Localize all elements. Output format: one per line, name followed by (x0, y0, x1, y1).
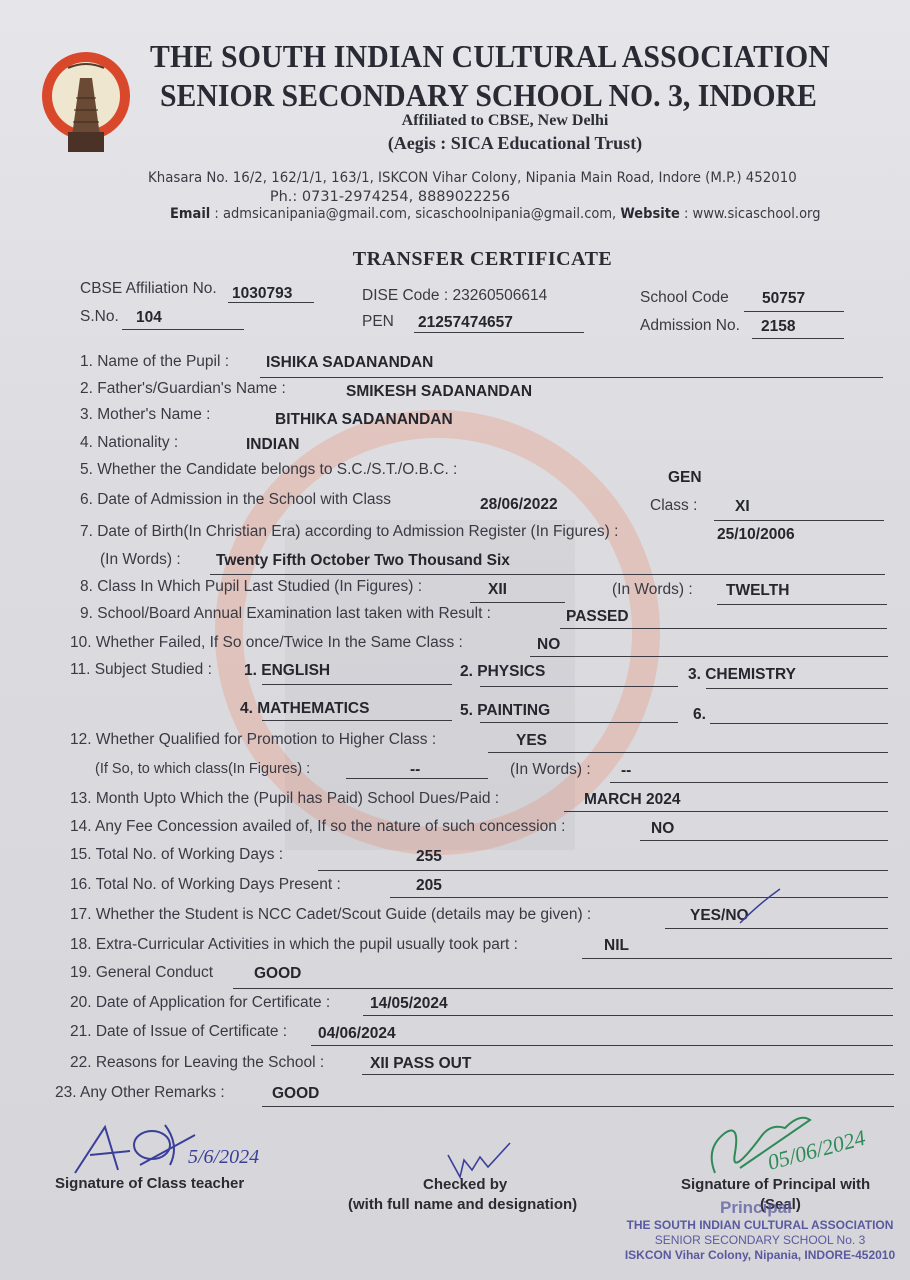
field-working-days-value: 255 (416, 848, 442, 866)
school-code-label: School Code (640, 289, 729, 307)
school-code-value: 50757 (762, 290, 805, 308)
admission-no-value: 2158 (761, 318, 795, 336)
field-conduct-value: GOOD (254, 965, 301, 983)
field-days-present-label: 16. Total No. of Working Days Present : (70, 876, 341, 894)
subject-6: 6. (693, 706, 706, 724)
school-name-line1: THE SOUTH INDIAN CULTURAL ASSOCIATION (150, 38, 830, 75)
field-dob-words-value: Twenty Fifth October Two Thousand Six (216, 552, 510, 570)
field-failed-label: 10. Whether Failed, If So once/Twice In … (70, 634, 463, 652)
dise-code: DISE Code : 23260506614 (362, 287, 547, 305)
stamp-line1: THE SOUTH INDIAN CULTURAL ASSOCIATION (610, 1218, 910, 1232)
class-teacher-signature-label: Signature of Class teacher (55, 1175, 244, 1192)
school-contact: Email : admsicanipania@gmail.com, sicasc… (170, 206, 820, 222)
svg-text:5/6/2024: 5/6/2024 (188, 1146, 259, 1168)
field-issue-date-label: 21. Date of Issue of Certificate : (70, 1023, 287, 1041)
principal-signature: 05/06/2024 (700, 1098, 900, 1183)
stamp-line2: SENIOR SECONDARY SCHOOL No. 3 (610, 1233, 910, 1247)
aegis-text: (Aegis : SICA Educational Trust) (0, 133, 910, 154)
principal-signature-label: Signature of Principal with (681, 1176, 870, 1193)
subject-1: 1. ENGLISH (244, 662, 330, 680)
field-promotion-value: YES (516, 732, 547, 750)
field-fee-concession-label: 14. Any Fee Concession availed of, If so… (70, 818, 565, 836)
cbse-affiliation-label: CBSE Affiliation No. (80, 280, 217, 298)
field-admission-date-label: 6. Date of Admission in the School with … (80, 491, 391, 509)
field-last-class-value: XII (488, 581, 507, 599)
website-label: Website (620, 206, 679, 222)
subject-4: 4. MATHEMATICS (240, 700, 369, 718)
field-exam-result-value: PASSED (566, 608, 629, 626)
field-promotion-words-value: -- (621, 762, 631, 780)
field-promotion-class-label: (If So, to which class(In Figures) : (95, 761, 310, 777)
field-mother-name-value: BITHIKA SADANANDAN (275, 411, 453, 429)
website-value: : www.sicaschool.org (684, 206, 821, 222)
admission-no-label: Admission No. (640, 317, 740, 335)
field-nationality-label: 4. Nationality : (80, 434, 178, 452)
field-extracurricular-label: 18. Extra-Curricular Activities in which… (70, 936, 518, 954)
field-mother-name-label: 3. Mother's Name : (80, 406, 210, 424)
field-last-class-words-label: (In Words) : (612, 581, 693, 599)
document-title: TRANSFER CERTIFICATE (0, 248, 910, 271)
school-phone: Ph.: 0731-2974254, 8889022256 (0, 189, 780, 205)
checker-signature (440, 1135, 520, 1180)
class-teacher-signature: 5/6/2024 (70, 1115, 280, 1180)
field-admission-class-value: XI (735, 498, 750, 516)
field-subjects-label: 11. Subject Studied : (70, 661, 212, 679)
checked-by-label: Checked by (423, 1176, 507, 1193)
field-failed-value: NO (537, 636, 560, 654)
field-promotion-class-value: -- (410, 761, 420, 779)
field-dob-label: 7. Date of Birth(In Christian Era) accor… (80, 523, 618, 541)
field-issue-date-value: 04/06/2024 (318, 1025, 396, 1043)
field-application-date-label: 20. Date of Application for Certificate … (70, 994, 330, 1012)
email-value: : admsicanipania@gmail.com, sicaschoolni… (214, 206, 616, 222)
field-exam-result-label: 9. School/Board Annual Examination last … (80, 605, 491, 623)
subject-3: 3. CHEMISTRY (688, 666, 796, 684)
field-dues-value: MARCH 2024 (584, 791, 680, 809)
field-category-value: GEN (668, 469, 702, 487)
field-last-class-label: 8. Class In Which Pupil Last Studied (In… (80, 578, 422, 596)
field-pupil-name-value: ISHIKA SADANANDAN (266, 354, 433, 372)
subject-2: 2. PHYSICS (460, 663, 545, 681)
field-admission-date-value: 28/06/2022 (480, 496, 558, 514)
field-father-name-value: SMIKESH SADANANDAN (346, 383, 532, 401)
stamp-title: Principal (720, 1198, 792, 1218)
field-conduct-label: 19. General Conduct (70, 964, 213, 982)
field-dob-words-label: (In Words) : (100, 551, 181, 569)
field-promotion-words-label: (In Words) : (510, 761, 591, 779)
serial-no-value: 104 (136, 309, 162, 327)
serial-no-label: S.No. (80, 308, 119, 326)
affiliation-text: Affiliated to CBSE, New Delhi (0, 112, 910, 130)
school-name-line2: SENIOR SECONDARY SCHOOL NO. 3, INDORE (160, 77, 817, 114)
pen-label: PEN (362, 313, 394, 331)
field-last-class-words-value: TWELTH (726, 582, 789, 600)
field-dues-label: 13. Month Upto Which the (Pupil has Paid… (70, 790, 499, 808)
field-leaving-reason-value: XII PASS OUT (370, 1055, 471, 1073)
field-admission-class-label: Class : (650, 497, 697, 515)
school-address: Khasara No. 16/2, 162/1/1, 163/1, ISKCON… (148, 170, 797, 186)
checked-by-sublabel: (with full name and designation) (348, 1196, 577, 1213)
field-ncc-label: 17. Whether the Student is NCC Cadet/Sco… (70, 906, 591, 924)
field-fee-concession-value: NO (651, 820, 674, 838)
strike-mark-icon (735, 885, 785, 925)
pen-value: 21257474657 (418, 314, 513, 332)
field-application-date-value: 14/05/2024 (370, 995, 448, 1013)
field-nationality-value: INDIAN (246, 436, 299, 454)
stamp-line3: ISKCON Vihar Colony, Nipania, INDORE-452… (610, 1248, 910, 1262)
field-days-present-value: 205 (416, 877, 442, 895)
field-pupil-name-label: 1. Name of the Pupil : (80, 353, 229, 371)
svg-text:05/06/2024: 05/06/2024 (765, 1125, 868, 1175)
field-remarks-label: 23. Any Other Remarks : (55, 1084, 225, 1102)
field-promotion-label: 12. Whether Qualified for Promotion to H… (70, 731, 436, 749)
subject-5: 5. PAINTING (460, 702, 550, 720)
field-category-label: 5. Whether the Candidate belongs to S.C.… (80, 461, 457, 479)
field-working-days-label: 15. Total No. of Working Days : (70, 846, 283, 864)
field-remarks-value: GOOD (272, 1085, 319, 1103)
field-leaving-reason-label: 22. Reasons for Leaving the School : (70, 1054, 324, 1072)
field-extracurricular-value: NIL (604, 937, 629, 955)
email-label: Email (170, 206, 210, 222)
field-dob-value: 25/10/2006 (717, 526, 795, 544)
cbse-affiliation-value: 1030793 (232, 285, 292, 303)
field-father-name-label: 2. Father's/Guardian's Name : (80, 380, 286, 398)
